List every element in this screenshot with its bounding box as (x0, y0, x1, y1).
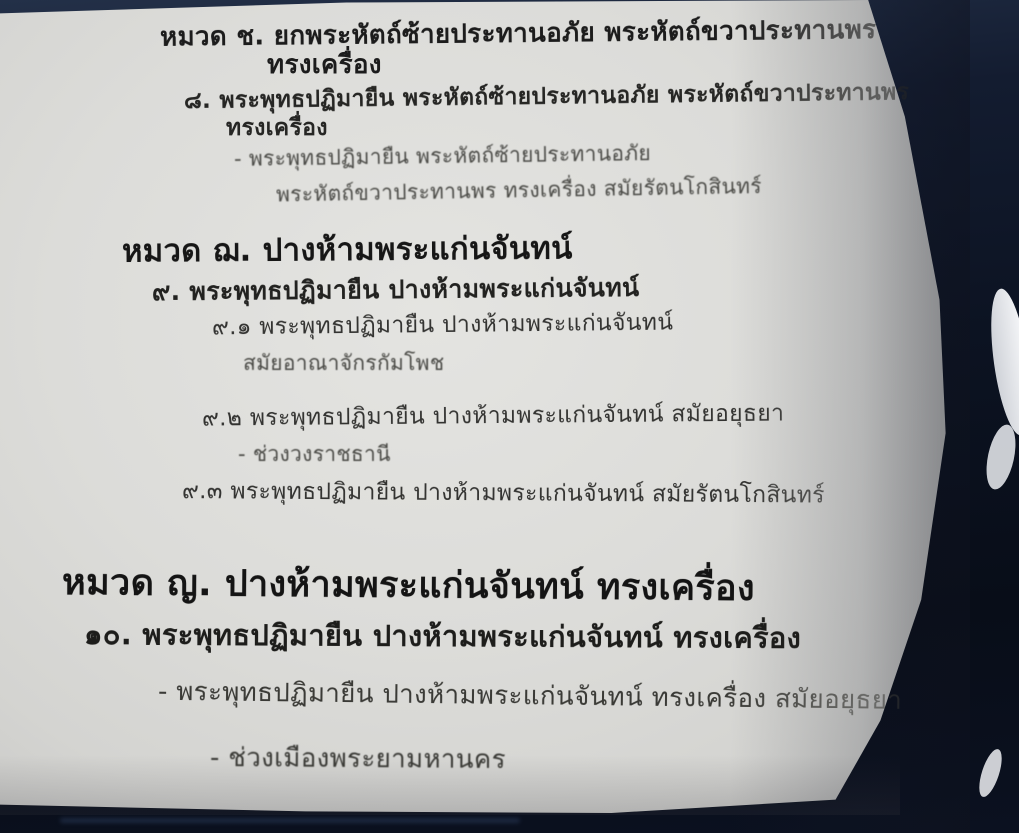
toc-subitem-9-2: ๙.๒ พระพุทธปฏิมายืน ปางห้ามพระแก่นจันทน์… (202, 393, 1019, 436)
toc-subsubitem-10a-1: - ช่วงเมืองพระยามหานคร (210, 737, 506, 780)
toc-section-heading-cho-cont: ทรงเครื่อง (267, 44, 382, 85)
toc-item-8-cont: ทรงเครื่อง (226, 110, 328, 146)
toc-section-heading-chor: หมวด ฌ. ปางห้ามพระแก่นจันทน์ (122, 222, 573, 275)
toc-subitem-8a: - พระพุทธปฏิมายืน พระหัตถ์ซ้ายประทานอภัย (234, 137, 651, 176)
bottom-reflection (60, 818, 520, 823)
toc-section-heading-yo: หมวด ญ. ปางห้ามพระแก่นจันทน์ ทรงเครื่อง (62, 553, 755, 616)
toc-subitem-9-1: ๙.๑ พระพุทธปฏิมายืน ปางห้ามพระแก่นจันทน์ (212, 305, 674, 346)
toc-subsubitem-9-2a: - ช่วงวงราชธานี (238, 438, 391, 471)
page-edge-highlight-bottom (975, 747, 1007, 800)
photo-background: หมวด ช. ยกพระหัตถ์ซ้ายประทานอภัย พระหัตถ… (0, 0, 1019, 833)
toc-subitem-9-3: ๙.๓ พระพุทธปฏิมายืน ปางห้ามพระแก่นจันทน์… (182, 473, 1019, 515)
toc-item-10: ๑๐. พระพุทธปฏิมายืน ปางห้ามพระแก่นจันทน์… (84, 611, 801, 661)
toc-subitem-9-1-cont: สมัยอาณาจักรกัมโพช (243, 347, 444, 380)
